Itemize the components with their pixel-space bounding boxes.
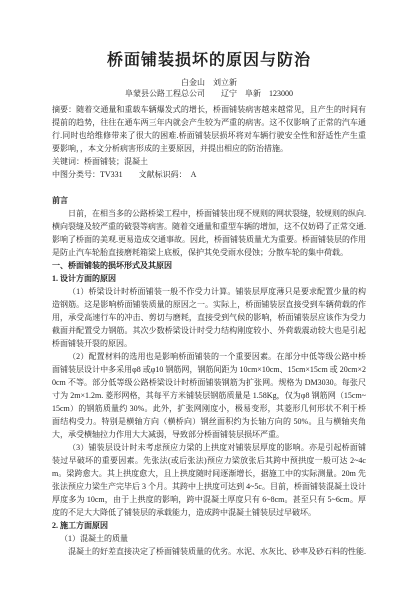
paragraph-preface-body: 日前，在相当多的公路桥梁工程中，桥面铺装出现不规则的网状裂缝，较规则的纵向.横向… — [52, 207, 366, 259]
paragraph-design-cause-1: （1）桥梁设计时桥面铺装一般不作受力计算。铺装层厚度薄只是要求配置少量的构造钢筋… — [52, 285, 366, 350]
heading-construction-causes: 2. 施工方面原因 — [52, 519, 366, 532]
paper-classification: 中图分类号：TV331 文献标识码： A — [52, 168, 366, 181]
document-page: 桥面铺装损坏的原因与防治 白金山 刘立新 阜蒙县公路工程总公司 辽宁 阜新 12… — [0, 0, 417, 590]
paragraph-design-cause-2: （2）配置材料的选用也是影响桥面铺装的一个重要因素。在部分中低等级公路中桥面铺装… — [52, 350, 366, 441]
paragraph-design-cause-3: （3）铺装层设计时未考虑预应力梁的上拱度对铺装层厚度的影响。亦是引起桥面铺装过早… — [52, 441, 366, 519]
paper-keywords: 关键词：桥面铺装；混凝土 — [52, 155, 366, 168]
heading-section-1-damage-forms: 一、桥面铺装的损坏形式及其原因 — [52, 259, 366, 272]
paragraph-concrete-quality: 混凝土的好差直接决定了桥面铺装质量的优劣。水泥、水灰比、砂率及砂石料的性能. — [52, 545, 366, 558]
paper-affiliation: 阜蒙县公路工程总公司 辽宁 阜新 123000 — [52, 88, 366, 99]
subheading-concrete-quality: （1）混凝土的质量 — [52, 532, 366, 545]
paper-title: 桥面铺装损坏的原因与防治 — [52, 50, 366, 71]
paper-abstract: 摘要：随着交通量和重载车辆爆发式的增长，桥面铺装病害越来越常见，且产生的时间有提… — [52, 103, 366, 155]
heading-design-causes: 1. 设计方面的原因 — [52, 272, 366, 285]
heading-preface: 前言 — [52, 194, 366, 207]
paper-authors: 白金山 刘立新 — [52, 77, 366, 88]
